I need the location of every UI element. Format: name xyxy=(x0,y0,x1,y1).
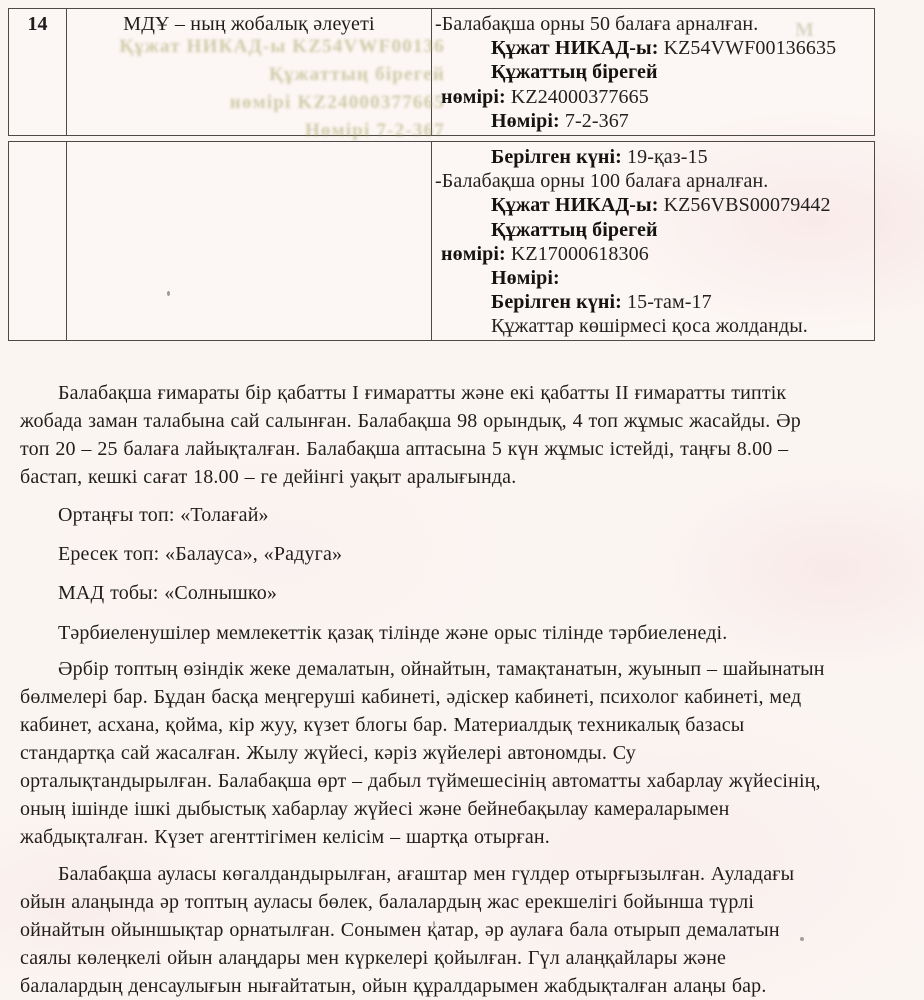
row-details-cell: Берілген күні: 19-қаз-15 -Балабақша орны… xyxy=(431,142,874,340)
detail-label: Құжат НИКАД-ы: xyxy=(491,37,658,59)
detail-label: Нөмірі: xyxy=(491,267,560,289)
body-text: Балабақша ғимараты бір қабатты I ғимарат… xyxy=(20,379,912,1000)
detail-line: Нөмірі: xyxy=(434,266,872,290)
row-title-cell: МДҰ – ның жобалық әлеуеті xyxy=(66,9,431,135)
detail-line: Құжаттың бірегей xyxy=(434,218,872,242)
paragraph-building-info: Балабақша ғимараты бір қабатты I ғимарат… xyxy=(20,379,912,491)
detail-line: Берілген күні: 19-қаз-15 xyxy=(434,145,872,169)
detail-value: KZ56VBS00079442 xyxy=(658,194,830,216)
detail-value: KZ24000377665 xyxy=(506,86,649,108)
scanned-document-page: 14 МДҰ – ның жобалық әлеуеті -Балабақша … xyxy=(0,0,924,1000)
detail-value: 15-там-17 xyxy=(622,291,712,313)
detail-label: Құжат НИКАД-ы: xyxy=(491,194,658,216)
paragraph-languages: Тәрбиеленушілер мемлекеттік қазақ тілінд… xyxy=(20,619,912,647)
detail-label: Нөмірі: xyxy=(491,110,560,132)
detail-value: KZ54VWF00136635 xyxy=(658,37,836,59)
detail-line: -Балабақша орны 100 балаға арналған. xyxy=(434,169,872,193)
detail-value: KZ17000618306 xyxy=(506,243,649,265)
detail-line: Құжаттың бірегей xyxy=(434,60,872,84)
detail-line: -Балабақша орны 50 балаға арналған. xyxy=(434,12,872,36)
row-number-cell: 14 xyxy=(9,9,66,135)
row-title: МДҰ – ның жобалық әлеуеті xyxy=(123,13,375,35)
row-number-cell xyxy=(9,142,66,340)
table-row-2: Берілген күні: 19-қаз-15 -Балабақша орны… xyxy=(8,141,875,341)
detail-value: Құжаттар көшірмесі қоса жолданды. xyxy=(491,315,808,337)
detail-label: нөмірі: xyxy=(441,86,506,108)
detail-line: Нөмірі: 7-2-367 xyxy=(434,109,872,133)
detail-line: Құжат НИКАД-ы: KZ54VWF00136635 xyxy=(434,36,872,60)
detail-value: 7-2-367 xyxy=(560,110,629,132)
table-row-1: 14 МДҰ – ның жобалық әлеуеті -Балабақша … xyxy=(8,8,875,136)
detail-label: Берілген күні: xyxy=(491,291,622,313)
detail-value: -Балабақша орны 100 балаға арналған. xyxy=(435,170,768,192)
paragraph-yard: Балабақша ауласы көгалдандырылған, ағашт… xyxy=(20,860,912,1000)
detail-label: нөмірі: xyxy=(441,243,506,265)
detail-line: Құжаттар көшірмесі қоса жолданды. xyxy=(434,314,872,338)
row-details-cell: -Балабақша орны 50 балаға арналған. Құжа… xyxy=(431,9,874,135)
detail-line: нөмірі: KZ17000618306 xyxy=(434,242,872,266)
row-title-cell xyxy=(66,142,431,340)
paragraph-middle-group: Ортаңғы топ: «Толағай» xyxy=(20,501,912,529)
detail-value: -Балабақша орны 50 балаға арналған. xyxy=(435,13,758,35)
detail-label: Берілген күні: xyxy=(491,146,622,168)
detail-label: Құжаттың бірегей xyxy=(491,61,658,83)
paragraph-senior-group: Ересек топ: «Балауса», «Радуга» xyxy=(20,540,912,568)
paragraph-facilities: Әрбір топтың өзіндік жеке демалатын, ойн… xyxy=(20,655,912,851)
row-number: 14 xyxy=(28,13,48,35)
info-table: 14 МДҰ – ның жобалық әлеуеті -Балабақша … xyxy=(8,8,875,341)
detail-label: Құжаттың бірегей xyxy=(491,219,658,241)
detail-line: Берілген күні: 15-там-17 xyxy=(434,290,872,314)
detail-line: Құжат НИКАД-ы: KZ56VBS00079442 xyxy=(434,193,872,217)
paragraph-mad-group: МАД тобы: «Солнышко» xyxy=(20,579,912,607)
detail-line: нөмірі: KZ24000377665 xyxy=(434,85,872,109)
detail-value: 19-қаз-15 xyxy=(622,146,708,168)
